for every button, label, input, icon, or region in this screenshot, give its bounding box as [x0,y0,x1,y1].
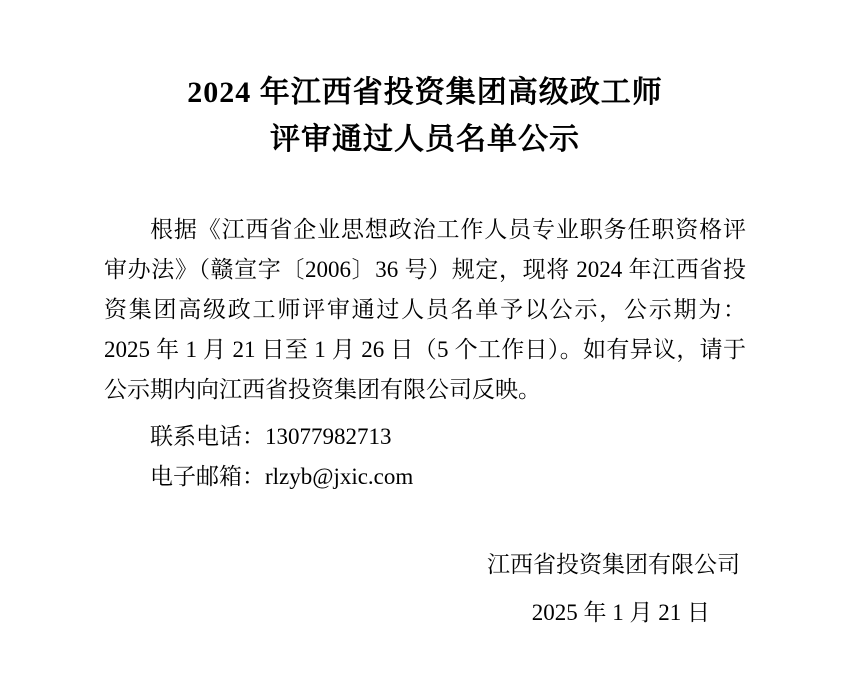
contact-phone-label: 联系电话： [150,424,265,449]
signature-organization: 江西省投资集团有限公司 [104,545,746,585]
title-line-1: 2024 年江西省投资集团高级政工师 [104,69,746,116]
contact-email-address: rlzyb@jxic.com [265,464,413,489]
title-line-2: 评审通过人员名单公示 [104,116,746,163]
document-title: 2024 年江西省投资集团高级政工师 评审通过人员名单公示 [104,69,746,163]
contact-email-label: 电子邮箱： [150,464,265,489]
contact-phone-line: 联系电话：13077982713 [104,417,746,457]
announcement-document: 2024 年江西省投资集团高级政工师 评审通过人员名单公示 根据《江西省企业思想… [0,0,850,698]
contact-email-line: 电子邮箱：rlzyb@jxic.com [104,457,746,497]
signature-date: 2025 年 1 月 21 日 [104,593,746,633]
contact-phone-number: 13077982713 [265,424,392,449]
body-paragraph: 根据《江西省企业思想政治工作人员专业职务任职资格评审办法》（赣宣字〔2006〕3… [104,210,746,410]
signature-block: 江西省投资集团有限公司 2025 年 1 月 21 日 [104,545,746,633]
